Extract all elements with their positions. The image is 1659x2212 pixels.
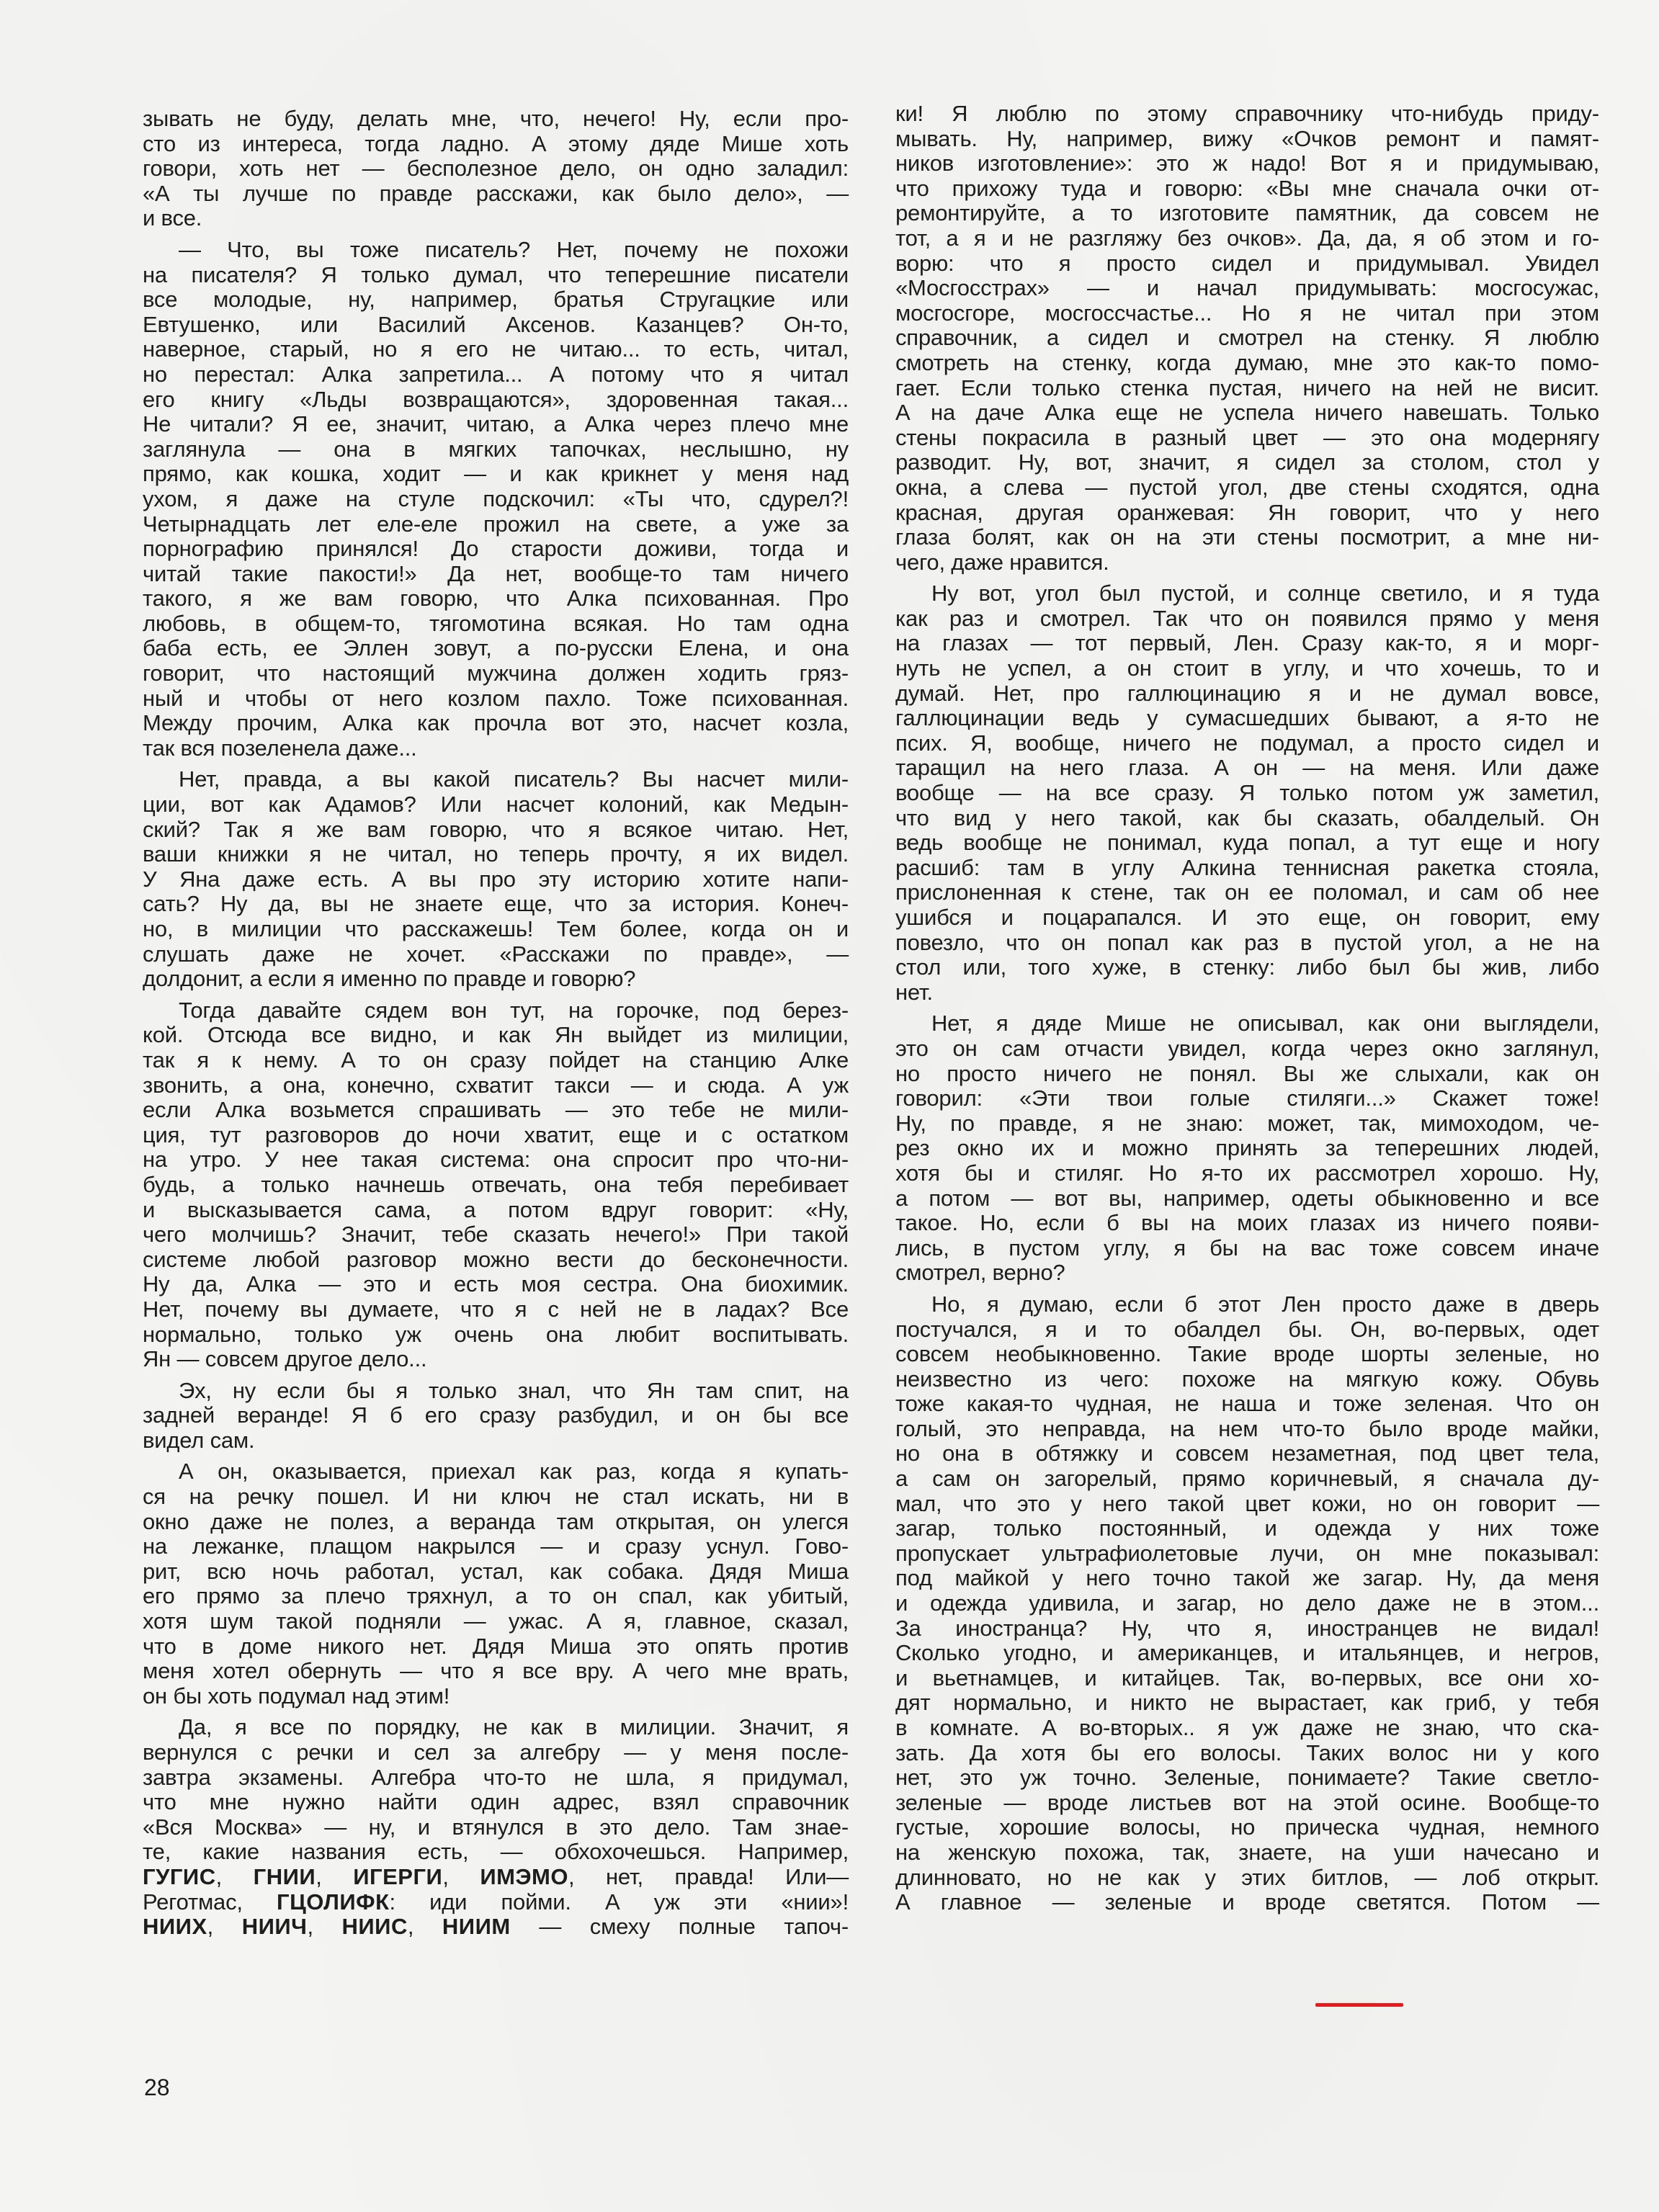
text-line: Не читали? Я ее, значит, читаю, а Алка ч… <box>143 412 849 437</box>
text-line: что мне нужно найти один адрес, взял спр… <box>143 1790 849 1815</box>
text-line: дят нормально, и никто не вырастает, как… <box>895 1691 1599 1716</box>
text-line: таращил на него глаза. А он — на меня. И… <box>895 756 1599 781</box>
text-line: тоже какая-то чудная, не наша и тоже зел… <box>895 1392 1599 1417</box>
text-line: А он, оказывается, приехал как раз, когд… <box>143 1459 849 1485</box>
text-line: смотрел, верно? <box>895 1261 1599 1286</box>
page-number: 28 <box>144 2074 170 2101</box>
text-line: прямо, как кошка, ходит — и как крикнет … <box>143 462 849 487</box>
text-line: звонить, а она, конечно, схватит такси —… <box>143 1073 849 1098</box>
text-line: густые, хорошие волосы, но прическа чудн… <box>895 1815 1599 1840</box>
text-line: ваши книжки я не читал, но теперь прочту… <box>143 842 849 867</box>
text-line: рит, всю ночь работал, устал, как собака… <box>143 1559 849 1585</box>
text-line: окна, а слева — пустой угол, две стены с… <box>895 475 1599 501</box>
text-line: А главное — зеленые и вроде светятся. По… <box>895 1890 1599 1915</box>
text-line: наверное, старый, но я его не читаю... т… <box>143 337 849 362</box>
text-line: хотя бы и стиляг. Но я-то их рассмотрел … <box>895 1161 1599 1186</box>
text-line: «Вся Москва» — ну, и втянулся в это дело… <box>143 1815 849 1840</box>
text-line: чего молчишь? Значит, тебе сказать нечег… <box>143 1222 849 1248</box>
text-line: ремонтируйте, а то изготовите памятник, … <box>895 201 1599 226</box>
text-line: но просто ничего не понял. Вы же слыхали… <box>895 1062 1599 1087</box>
text-line: сать? Ну да, вы не знаете еще, что за ис… <box>143 892 849 917</box>
text-line: Евтушенко, или Василий Аксенов. Казанцев… <box>143 313 849 338</box>
text-line: все молодые, ну, например, братья Струга… <box>143 287 849 313</box>
text-line: Нет, я дяде Мише не описывал, как они вы… <box>895 1011 1599 1036</box>
text-line: заглянула — она в мягких тапочках, неслы… <box>143 437 849 462</box>
paragraph: Да, я все по порядку, не как в милиции. … <box>143 1715 849 1865</box>
text-line: как раз и смотрел. Так что он появился п… <box>895 606 1599 632</box>
paragraph: — Что, вы тоже писатель? Нет, почему не … <box>143 238 849 761</box>
text-line: порнографию принялся! До старости доживи… <box>143 537 849 562</box>
text-line: нет, это уж точно. Зеленые, понимаете? Т… <box>895 1765 1599 1791</box>
text-line: что прихожу туда и говорю: «Вы мне снача… <box>895 176 1599 202</box>
text-line: меня хотел обернуть — что я все вру. А ч… <box>143 1659 849 1684</box>
text-line: и все. <box>143 206 849 231</box>
text-line: это он сам отчасти увидел, когда через о… <box>895 1036 1599 1062</box>
text-line: но перестал: Алка запретила... А потому … <box>143 362 849 388</box>
paragraph: Нет, я дяде Мише не описывал, как они вы… <box>895 1011 1599 1286</box>
text-line: на писателя? Я только думал, что тепереш… <box>143 263 849 288</box>
text-line: Ян — совсем другое дело... <box>143 1347 849 1372</box>
text-line: под майкой у него точно такой же загар. … <box>895 1566 1599 1591</box>
text-line: неизвестно из чего: похоже на мягкую кож… <box>895 1367 1599 1392</box>
text-line: совсем необыкновенно. Такие вроде шорты … <box>895 1342 1599 1367</box>
text-line: ников изготовление»: это ж надо! Вот я и… <box>895 151 1599 176</box>
text-line: «А ты лучше по правде расскажи, как было… <box>143 182 849 207</box>
text-line: Да, я все по порядку, не как в милиции. … <box>143 1715 849 1740</box>
text-line: задней веранде! Я б его сразу разбудил, … <box>143 1403 849 1428</box>
text-line: нормально, только уж очень она любит вос… <box>143 1322 849 1348</box>
text-line: ки! Я люблю по этому справочнику что-ниб… <box>895 102 1599 127</box>
text-line: на женскую похожа, так, знаете, на уши н… <box>895 1840 1599 1866</box>
text-line: читай такие пакости!» Да нет, вообще-то … <box>143 562 849 587</box>
text-line: но, в милиции что расскажешь! Тем более,… <box>143 917 849 942</box>
text-line: лись, в пустом углу, я бы на вас тоже со… <box>895 1236 1599 1261</box>
text-line: рез окно их и можно принять за теперешни… <box>895 1136 1599 1161</box>
text-line: нуть не успел, а он стоит в углу, и что … <box>895 656 1599 681</box>
text-line: те, какие названия есть, — обхохочешься.… <box>143 1840 849 1865</box>
text-line: ский? Так я же вам говорю, что я всякое … <box>143 818 849 843</box>
text-line: Реготмас, ГЦОЛИФК: иди пойми. А уж эти «… <box>143 1890 849 1915</box>
text-line: мывать. Ну, например, вижу «Очков ремонт… <box>895 127 1599 152</box>
paragraph: Нет, правда, а вы какой писатель? Вы нас… <box>143 767 849 991</box>
text-line: так вся позеленела даже... <box>143 736 849 761</box>
text-line: Эх, ну если бы я только знал, что Ян там… <box>143 1379 849 1404</box>
text-line: говорил: «Эти твои голые стиляги...» Ска… <box>895 1086 1599 1111</box>
text-line: что вид у него такой, как бы сказать, об… <box>895 806 1599 831</box>
text-line: — Что, вы тоже писатель? Нет, почему не … <box>143 238 849 263</box>
text-column-left: зывать не буду, делать мне, что, нечего!… <box>143 107 849 1946</box>
text-line: постучался, я и то обалдел бы. Он, во-пе… <box>895 1317 1599 1343</box>
text-line: вернулся с речки и сел за алгебру — у ме… <box>143 1740 849 1765</box>
text-line: баба есть, ее Эллен зовут, а по-русски Е… <box>143 636 849 661</box>
text-line: а потом — вот вы, например, одеты обыкно… <box>895 1186 1599 1212</box>
paragraph: зывать не буду, делать мне, что, нечего!… <box>143 107 849 231</box>
text-line: хотя шум такой подняли — ужас. А я, глав… <box>143 1609 849 1634</box>
text-line: галлюцинации ведь у сумасшедших бывают, … <box>895 706 1599 731</box>
text-line: чего, даже нравится. <box>895 550 1599 576</box>
text-line: что в доме никого нет. Дядя Миша это опя… <box>143 1634 849 1660</box>
text-line: пропускает ультрафиолетовые лучи, он мне… <box>895 1541 1599 1567</box>
text-line: завтра экзамены. Алгебра что-то не шла, … <box>143 1765 849 1791</box>
text-line: долдонит, а если я именно по правде и го… <box>143 967 849 992</box>
paragraph: Ну вот, угол был пустой, и солнце светил… <box>895 581 1599 1005</box>
text-line: и высказывается сама, а потом вдруг гово… <box>143 1198 849 1223</box>
text-line: ция, тут разговоров до ночи хватит, еще … <box>143 1123 849 1148</box>
text-line: говори, хоть нет — бесполезное дело, он … <box>143 156 849 182</box>
text-line: он бы хоть подумал над этим! <box>143 1684 849 1709</box>
text-line: зеленые — вроде листьев вот на этой осин… <box>895 1791 1599 1816</box>
text-line: глаза болят, как он на эти стены посмотр… <box>895 525 1599 550</box>
text-line: ведь вообще не понимал, куда попал, а ту… <box>895 830 1599 856</box>
text-line: такое. Но, если б вы на моих глазах из н… <box>895 1211 1599 1236</box>
text-line: разводит. Ну, вот, значит, я сидел за ст… <box>895 450 1599 475</box>
paragraph: Тогда давайте сядем вон тут, на горочке,… <box>143 998 849 1372</box>
text-line: сто из интереса, тогда ладно. А этому дя… <box>143 132 849 157</box>
text-line: Сколько угодно, и американцев, и итальян… <box>895 1641 1599 1666</box>
text-line: голый, это неправда, на нем что-то было … <box>895 1417 1599 1442</box>
text-line: системе любой разговор можно вести до бе… <box>143 1248 849 1273</box>
text-line: мосгосгоре, мосгоссчастье... Но я не чит… <box>895 301 1599 326</box>
text-line: будь, а только начнешь отвечать, она теб… <box>143 1173 849 1198</box>
paragraph: Но, я думаю, если б этот Лен просто даже… <box>895 1292 1599 1915</box>
text-line: нет. <box>895 980 1599 1006</box>
text-line: смотреть на стенку, когда думаю, мне это… <box>895 351 1599 376</box>
text-line: говорит, что настоящий мужчина должен хо… <box>143 661 849 686</box>
text-line: такого, я же вам говорю, что Алка психов… <box>143 586 849 612</box>
text-line: повезло, что он попал как раз в пустой у… <box>895 931 1599 956</box>
text-line: стены покрасила в разный цвет — это она … <box>895 426 1599 451</box>
red-underline-annotation <box>1315 2003 1403 2007</box>
text-line: расшиб: там в углу Алкина теннисная раке… <box>895 856 1599 881</box>
text-line: А на даче Алка еще не успела ничего наве… <box>895 400 1599 426</box>
text-line: красная, другая оранжевая: Ян говорит, ч… <box>895 501 1599 526</box>
paragraph: ки! Я люблю по этому справочнику что-ниб… <box>895 102 1599 575</box>
text-line: ушибся и поцарапался. И это еще, он гово… <box>895 905 1599 931</box>
text-line: справочник, а сидел и смотрел на стенку.… <box>895 326 1599 351</box>
text-line: длинновато, но не как у этих битлов, — л… <box>895 1866 1599 1891</box>
text-line: ворю: что я просто сидел и придумывал. У… <box>895 251 1599 277</box>
paragraph: Эх, ну если бы я только знал, что Ян там… <box>143 1379 849 1454</box>
text-column-right: ки! Я люблю по этому справочнику что-ниб… <box>895 102 1599 1922</box>
text-line: Нет, почему вы думаете, что я с ней не в… <box>143 1297 849 1322</box>
text-line: вообще — на все сразу. Я только потом уж… <box>895 781 1599 806</box>
text-line: кой. Отсюда все видно, и как Ян выйдет и… <box>143 1023 849 1048</box>
text-line: на глазах — тот первый, Лен. Сразу как-т… <box>895 631 1599 656</box>
text-line: У Яна даже есть. А вы про эту историю хо… <box>143 867 849 892</box>
text-line: Ну, по правде, я не знаю: может, так, ми… <box>895 1111 1599 1137</box>
text-line: «Мосгосстрах» — и начал придумывать: мос… <box>895 276 1599 301</box>
text-line: мал, что это у него такой цвет кожи, но … <box>895 1492 1599 1517</box>
text-line: ухом, я даже на стуле подскочил: «Ты что… <box>143 487 849 512</box>
text-line: прислоненная к стене, так он ее поломал,… <box>895 880 1599 905</box>
text-line: Четырнадцать лет еле-еле прожил на свете… <box>143 512 849 537</box>
text-line: а сам он загорелый, прямо коричневый, я … <box>895 1467 1599 1492</box>
text-line: так я к нему. А то он сразу пойдет на ст… <box>143 1048 849 1073</box>
text-line: Нет, правда, а вы какой писатель? Вы нас… <box>143 767 849 792</box>
text-line: в комнате. А во-вторых.. я уж даже не зн… <box>895 1716 1599 1741</box>
text-line: и одежда удивила, и загар, но дело даже … <box>895 1591 1599 1616</box>
text-line: ГУГИС, ГНИИ, ИГЕРГИ, ИМЭМО, нет, правда!… <box>143 1865 849 1890</box>
text-line: на утро. У нее такая система: она спроси… <box>143 1147 849 1173</box>
text-line: на лежанке, плащом накрылся — и сразу ус… <box>143 1534 849 1559</box>
text-line: псих. Я, вообще, ничего не подумал, а пр… <box>895 731 1599 756</box>
text-line: если Алка возьмется спрашивать — это теб… <box>143 1098 849 1123</box>
text-line: ся на речку пошел. И ни ключ не стал иск… <box>143 1485 849 1510</box>
text-line: гает. Если только стенка пустая, ничего … <box>895 376 1599 401</box>
text-line: За иностранца? Ну, что я, иностранцев не… <box>895 1616 1599 1642</box>
text-line: ции, вот как Адамов? Или насчет колоний,… <box>143 792 849 818</box>
paragraph: А он, оказывается, приехал как раз, когд… <box>143 1459 849 1709</box>
text-line: слушать даже не хочет. «Расскажи по прав… <box>143 942 849 967</box>
text-line: Между прочим, Алка как прочла вот это, н… <box>143 711 849 736</box>
text-line: и вьетнамцев, и китайцев. Так, во-первых… <box>895 1666 1599 1691</box>
text-line: любовь, в общем-то, тягомотина всякая. Н… <box>143 612 849 637</box>
text-line: ный и чтобы от него козлом пахло. Тоже п… <box>143 686 849 712</box>
text-line: стол или, того хуже, в стенку: либо был … <box>895 955 1599 980</box>
paragraph: ГУГИС, ГНИИ, ИГЕРГИ, ИМЭМО, нет, правда!… <box>143 1865 849 1940</box>
text-line: загар, только постоянный, и одежда у них… <box>895 1516 1599 1541</box>
text-line: Но, я думаю, если б этот Лен просто даже… <box>895 1292 1599 1317</box>
text-line: окно даже не полез, а веранда там открыт… <box>143 1510 849 1535</box>
text-line: Ну да, Алка — это и есть моя сестра. Она… <box>143 1272 849 1297</box>
text-line: тот, а я и не разгляжу без очков». Да, д… <box>895 226 1599 251</box>
text-line: Ну вот, угол был пустой, и солнце светил… <box>895 581 1599 606</box>
text-line: зать. Да хотя бы его волосы. Таких волос… <box>895 1741 1599 1766</box>
text-line: зывать не буду, делать мне, что, нечего!… <box>143 107 849 132</box>
text-line: его прямо за плечо тряхнул, а то он спал… <box>143 1584 849 1609</box>
text-line: Тогда давайте сядем вон тут, на горочке,… <box>143 998 849 1024</box>
text-line: думай. Нет, про галлюцинацию я и не дума… <box>895 681 1599 707</box>
text-line: НИИХ, НИИЧ, НИИС, НИИМ — смеху полные та… <box>143 1915 849 1940</box>
text-line: но она в обтяжку и совсем незаметная, по… <box>895 1441 1599 1467</box>
text-line: видел сам. <box>143 1428 849 1454</box>
text-line: его книгу «Льды возвращаются», здоровенн… <box>143 388 849 413</box>
